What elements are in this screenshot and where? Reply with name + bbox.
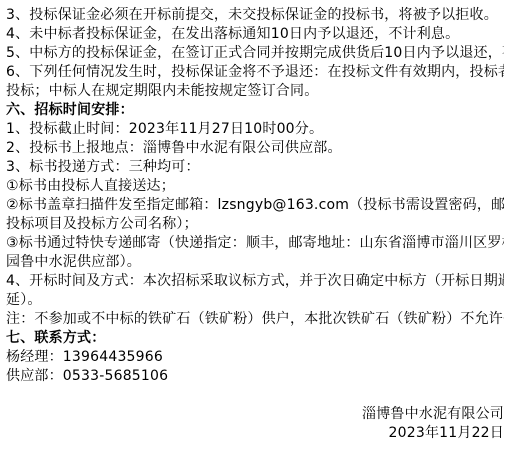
- clause-6-forfeiture-line1: 6、下列任何情况发生时，投标保证金将不予退还：在投标文件有效期内，投标者自行撤回…: [6, 63, 504, 82]
- contact-manager-yang: 杨经理：13964435966: [6, 348, 504, 367]
- schedule-4-bid-opening-line2: 延）。: [6, 291, 504, 310]
- schedule-2-submission-place: 2、投标书上报地点：淄博鲁中水泥有限公司供应部。: [6, 139, 504, 158]
- delivery-method-3-courier-line1: ③标书通过特快专递邮寄（快递指定：顺丰，邮寄地址：山东省淄博市淄川区罗村镇南韩工…: [6, 234, 504, 253]
- schedule-4-bid-opening-line1: 4、开标时间及方式：本次招标采取议标方式，并于次日确定中标方（开标日期遇节假日顺: [6, 272, 504, 291]
- section-6-schedule-heading: 六、招标时间安排：: [6, 101, 504, 120]
- clause-5-refund-winning-bidder: 5、中标方的投标保证金，在签订正式合同并按期完成供货后10日内予以退还，不计利息…: [6, 44, 504, 63]
- clause-4-refund-unsuccessful-bidder: 4、未中标者投标保证金，在发出落标通知10日内予以退还，不计利息。: [6, 25, 504, 44]
- delivery-method-3-courier-line2: 园鲁中水泥供应部）。: [6, 253, 504, 272]
- tender-notice-document: 3、投标保证金必须在开标前提交，未交投标保证金的投标书，将被予以拒收。 4、未中…: [0, 0, 514, 450]
- delivery-method-2-email-line2: 投标项目及投标方公司名称）；: [6, 215, 504, 234]
- schedule-1-bid-deadline: 1、投标截止时间：2023年11月27日10时00分。: [6, 120, 504, 139]
- clause-6-forfeiture-line2: 投标；中标人在规定期限内未能按规定签订合同。: [6, 82, 504, 101]
- signature-company: 淄博鲁中水泥有限公司: [6, 405, 504, 424]
- section-7-contact-heading: 七、联系方式：: [6, 329, 504, 348]
- blank-line: [6, 386, 504, 405]
- delivery-method-2-email-line1: ②标书盖章扫描件发至指定邮箱：lzsngyb@163.com（投标书需设置密码，…: [6, 196, 504, 215]
- contact-supply-dept: 供应部：0533-5685106: [6, 367, 504, 386]
- schedule-3-delivery-methods: 3、标书投递方式：三种均可：: [6, 158, 504, 177]
- delivery-method-1-direct: ①标书由投标人直接送达；: [6, 177, 504, 196]
- clause-3-bid-bond-submission: 3、投标保证金必须在开标前提交，未交投标保证金的投标书，将被予以拒收。: [6, 6, 504, 25]
- note-iron-ore-restriction: 注：不参加或不中标的铁矿石（铁矿粉）供户，本批次铁矿石（铁矿粉）不允许供货。: [6, 310, 504, 329]
- signature-date: 2023年11月22日: [6, 424, 504, 443]
